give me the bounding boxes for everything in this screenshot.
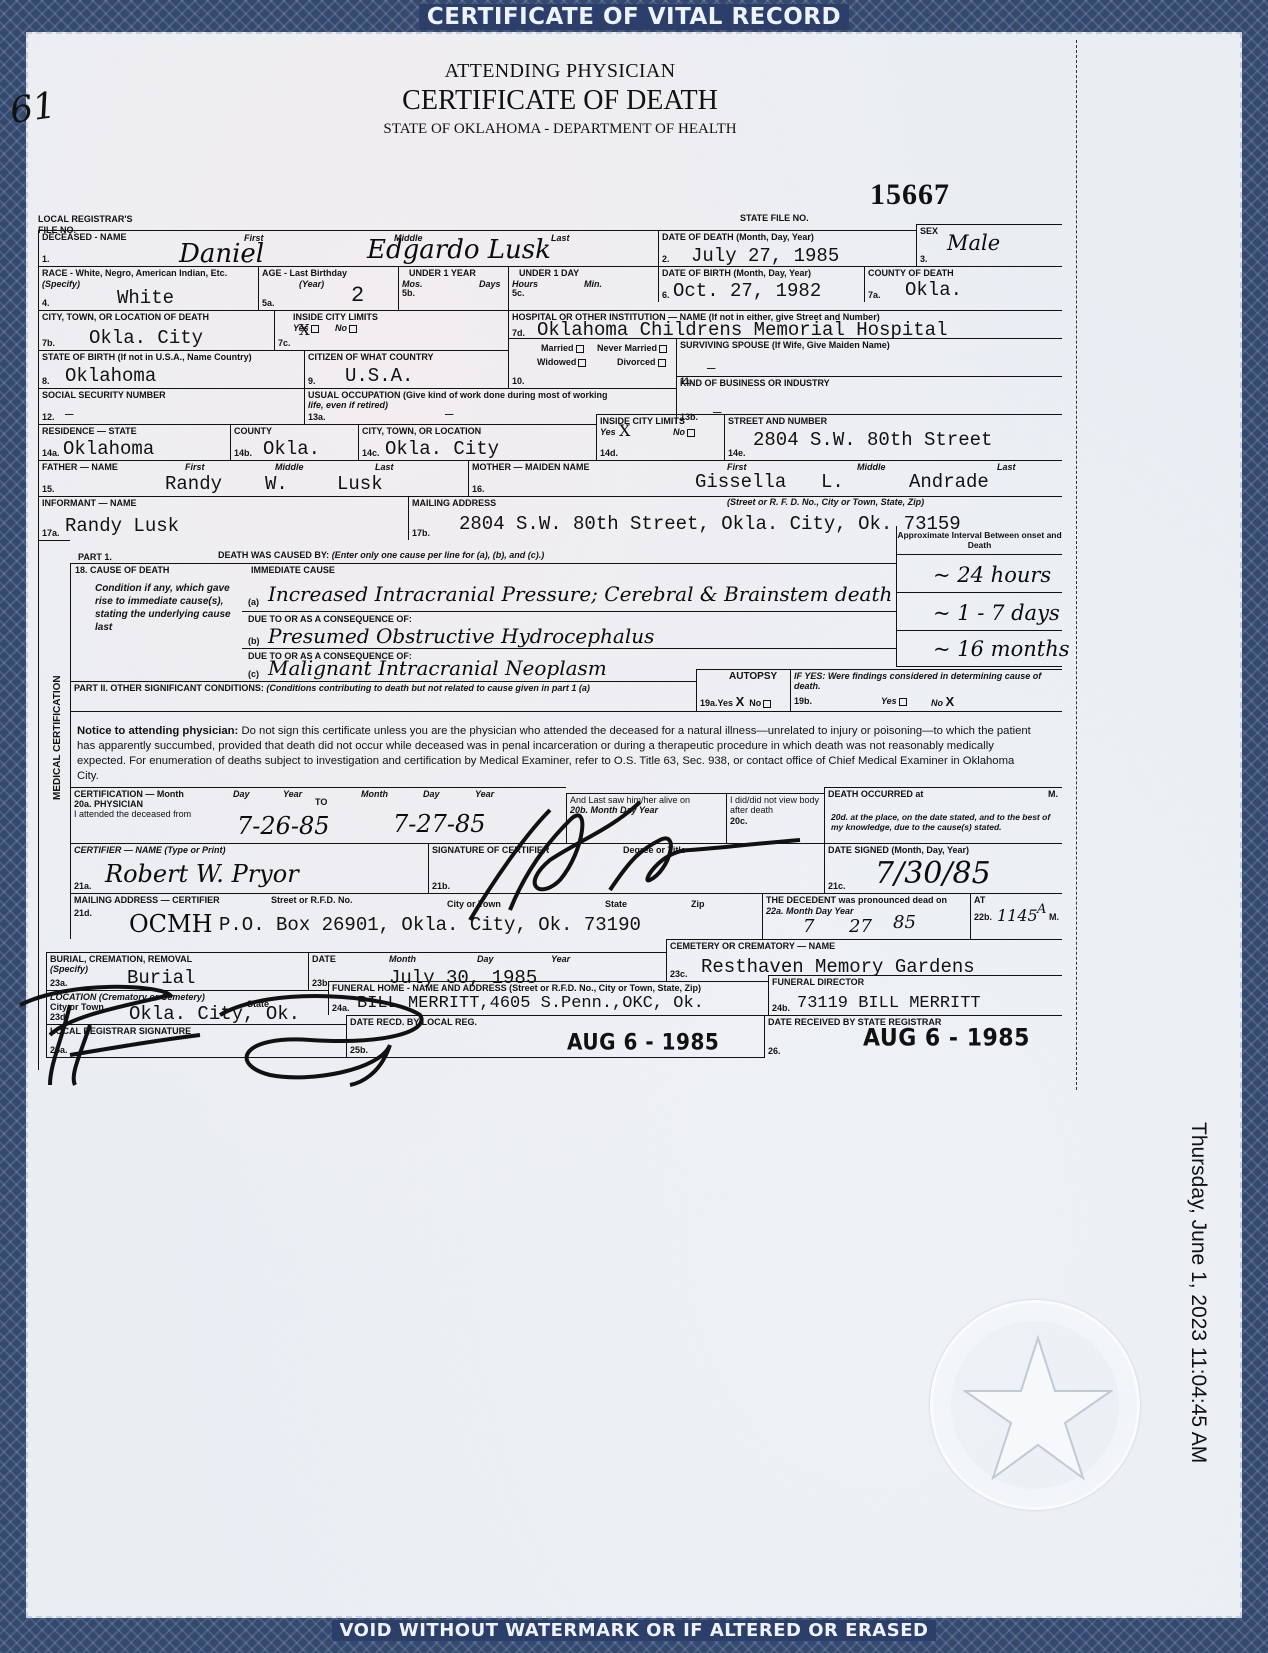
yes-label: Yes	[718, 698, 734, 708]
residence-city-value: Okla. City	[385, 438, 499, 460]
meridiem-label: M.	[1048, 789, 1058, 799]
attended-label: I attended the deceased from	[74, 809, 191, 819]
yes-checkbox[interactable]	[311, 325, 319, 333]
never-married-checkbox[interactable]	[659, 345, 667, 353]
field-label: UNDER 1 DAY	[519, 268, 579, 278]
caused-by-hint: (Enter only one cause per line for (a), …	[332, 550, 545, 560]
pronounced-day: 27	[849, 916, 872, 937]
informant-mailing-value: 2804 S.W. 80th Street, Okla. City, Ok. 7…	[459, 513, 961, 535]
field-date-of-death[interactable]: DATE OF DEATH (Month, Day, Year) 2. July…	[658, 230, 916, 266]
caused-by-label: DEATH WAS CAUSED BY:	[218, 550, 329, 560]
age-year-hint: (Year)	[299, 279, 324, 289]
registrar-signature	[10, 975, 450, 1090]
field-inside-city-limits[interactable]: INSIDE CITY LIMITS Yes No X 7c.	[274, 310, 508, 350]
field-number: 6.	[662, 290, 670, 300]
year-label: Year	[551, 954, 570, 964]
field-number: 10.	[512, 376, 525, 386]
no-label: No	[673, 427, 685, 437]
cause-b-value: Presumed Obstructive Hydrocephalus	[268, 624, 654, 648]
day-label: Day	[233, 789, 250, 799]
field-number: 16.	[472, 484, 485, 494]
field-number: 26.	[768, 1046, 781, 1056]
date-received-local-stamp: AUG 6 - 1985	[567, 1029, 719, 1055]
notice-text: Notice to attending physician: Do not si…	[77, 724, 1037, 784]
line-marker: (a)	[248, 597, 259, 607]
star-icon	[963, 1333, 1113, 1483]
field-label: MOTHER — MAIDEN NAME	[472, 462, 590, 472]
field-age[interactable]: AGE - Last Birthday (Year) 5a. 2	[258, 266, 398, 310]
field-marital-status[interactable]: Married Never Married Widowed Divorced 1…	[508, 338, 676, 388]
field-residence-street[interactable]: STREET AND NUMBER 14e. 2804 S.W. 80th St…	[724, 414, 1062, 460]
field-number: 14a.	[42, 448, 60, 458]
field-label: CITY, TOWN, OR LOCATION OF DEATH	[42, 312, 209, 322]
field-number: 13a.	[308, 412, 326, 422]
date-of-death-value: July 27, 1985	[691, 245, 839, 267]
month-label: Month	[361, 789, 388, 799]
interval-header: Approximate Interval Between onset and D…	[896, 526, 1062, 554]
usual-occupation-value: —	[445, 407, 453, 423]
field-number: 21a.	[74, 881, 92, 891]
yes-label: Yes	[881, 696, 897, 706]
field-number: 15.	[42, 484, 55, 494]
field-social-security[interactable]: SOCIAL SECURITY NUMBER 12. —	[38, 388, 304, 424]
field-date-signed[interactable]: DATE SIGNED (Month, Day, Year) 21c. 7/30…	[824, 843, 1062, 893]
spouse-value: —	[707, 361, 715, 377]
autopsy-options: 19a.Yes X No	[700, 694, 771, 709]
field-number: 23c.	[670, 969, 688, 979]
field-number: 5c.	[512, 288, 525, 298]
field-sex[interactable]: SEX 3. Male	[916, 224, 1062, 266]
mailing-prefix: OCMH	[129, 910, 213, 938]
field-label: KIND OF BUSINESS OR INDUSTRY	[680, 378, 830, 388]
no-label: No	[931, 698, 943, 708]
field-date-received-state[interactable]: DATE RECEIVED BY STATE REGISTRAR 26. AUG…	[764, 1015, 1062, 1058]
caused-by-header: DEATH WAS CAUSED BY: (Enter only one cau…	[218, 550, 544, 560]
certifier-signature	[440, 790, 820, 930]
field-interval-a[interactable]: ~ 24 hours	[896, 554, 1062, 592]
married-option: Married	[541, 343, 584, 353]
residence-county-value: Okla.	[263, 438, 320, 460]
citizen-value: U.S.A.	[345, 365, 413, 387]
pronounced-time-value: 1145	[997, 906, 1038, 925]
field-label: CITIZEN OF WHAT COUNTRY	[308, 352, 434, 362]
usual-occupation-label: USUAL OCCUPATION (Give kind of work done…	[308, 390, 608, 400]
medical-certification-label: MEDICAL CERTIFICATION	[52, 675, 63, 800]
field-number: 1.	[42, 254, 50, 264]
field-label: CITY, TOWN, OR LOCATION	[362, 426, 481, 436]
date-signed-value: 7/30/85	[875, 856, 991, 891]
field-number: 12.	[42, 412, 55, 422]
city-of-death-value: Okla. City	[89, 327, 203, 349]
field-mother-maiden-name[interactable]: MOTHER — MAIDEN NAME First Middle Last 1…	[468, 460, 1062, 496]
race-value: White	[117, 287, 174, 309]
cause-c-value: Malignant Intracranial Neoplasm	[268, 656, 607, 680]
pronounced-ampm: A	[1037, 902, 1046, 917]
specify-hint: (Specify)	[50, 964, 88, 974]
field-autopsy[interactable]: AUTOPSY 19a.Yes X No	[696, 669, 790, 711]
first-label: First	[185, 462, 205, 472]
no-option: No	[335, 323, 357, 333]
street-hint: Street or R.F.D. No.	[271, 895, 353, 905]
interval-b-value: ~ 1 - 7 days	[933, 601, 1060, 625]
field-death-occurred-at[interactable]: DEATH OCCURRED at M. 20d. at the place, …	[824, 787, 1062, 843]
field-residence-inside-limits[interactable]: INSIDE CITY LIMITS Yes X No 14d.	[596, 414, 724, 460]
findings-no-mark: X	[946, 694, 955, 709]
to-label: TO	[315, 797, 327, 807]
autopsy-label: AUTOPSY	[729, 671, 777, 682]
physician-label: 20a. PHYSICIAN	[74, 799, 143, 809]
field-other-conditions[interactable]: PART II. OTHER SIGNIFICANT CONDITIONS: (…	[70, 681, 696, 711]
yes-option: Yes	[600, 427, 616, 437]
field-father-name[interactable]: FATHER — NAME First Middle Last 15. Rand…	[38, 460, 468, 496]
minutes-label: Min.	[584, 279, 602, 289]
cause-of-death-label: 18. CAUSE OF DEATH	[75, 565, 169, 575]
field-label: CEMETERY OR CREMATORY — NAME	[670, 941, 835, 951]
no-label: No	[335, 323, 347, 333]
field-number: 7a.	[868, 290, 881, 300]
scan-timestamp: Thursday, June 1, 2023 11:04:45 AM	[1186, 1122, 1210, 1463]
father-middle: W.	[265, 473, 288, 495]
field-number: 14b.	[234, 448, 252, 458]
field-funeral-director[interactable]: FUNERAL DIRECTOR 24b. 73119 BILL MERRITT	[768, 975, 1062, 1015]
findings-label: IF YES: Were findings considered in dete…	[794, 671, 1056, 691]
field-label: SEX	[920, 226, 938, 236]
field-label: USUAL OCCUPATION (Give kind of work done…	[308, 390, 608, 400]
never-married-option: Never Married	[597, 343, 667, 353]
field-number: 14e.	[728, 448, 746, 458]
field-cause-a[interactable]: (a) Increased Intracranial Pressure; Cer…	[242, 578, 896, 612]
field-county-of-death[interactable]: COUNTY OF DEATH 7a. Okla.	[864, 266, 1062, 302]
no-label: No	[749, 698, 761, 708]
mother-middle: L.	[821, 471, 844, 493]
certification-label: CERTIFICATION — Month	[74, 789, 184, 799]
field-label: MAILING ADDRESS — CERTIFIER	[74, 895, 220, 905]
occurred-note: 20d. at the place, on the date stated, a…	[831, 812, 1061, 832]
specify-hint: (Specify)	[42, 279, 80, 289]
informant-name-value: Randy Lusk	[65, 515, 179, 537]
field-label: BURIAL, CREMATION, REMOVAL	[50, 954, 192, 964]
field-number: 7c.	[278, 338, 291, 348]
father-first: Randy	[165, 473, 222, 495]
divorced-label: Divorced	[617, 357, 656, 367]
no-option: No	[673, 427, 695, 437]
state-of-birth-value: Oklahoma	[65, 365, 156, 387]
field-label: DEATH OCCURRED at	[828, 789, 923, 799]
field-label: DATE OF BIRTH (Month, Day, Year)	[662, 268, 811, 278]
field-citizen-country[interactable]: CITIZEN OF WHAT COUNTRY 9. U.S.A.	[304, 350, 508, 388]
no-checkbox[interactable]	[349, 325, 357, 333]
field-under-1-day[interactable]: UNDER 1 DAY Hours Min. 5c.	[508, 266, 658, 310]
field-hospital[interactable]: HOSPITAL OR OTHER INSTITUTION — NAME (If…	[508, 310, 1062, 338]
last-label: Last	[997, 462, 1016, 472]
field-number: 21d.	[74, 908, 92, 918]
check-mark: X	[619, 421, 630, 440]
findings-yes-checkbox[interactable]	[899, 698, 907, 706]
usual-occupation-hint: life, even if retired)	[308, 400, 388, 410]
days-label: Days	[479, 279, 501, 289]
state-seal-emboss	[930, 1300, 1140, 1510]
field-number: 7d.	[512, 328, 525, 338]
field-label: AGE - Last Birthday	[262, 268, 347, 278]
part-2-header: PART II. OTHER SIGNIFICANT CONDITIONS: (…	[74, 683, 590, 693]
consequence-label-b: DUE TO OR AS A CONSEQUENCE OF:	[248, 614, 412, 624]
middle-label: Middle	[275, 462, 304, 472]
divorced-option: Divorced	[617, 357, 666, 367]
check-mark: X	[299, 321, 310, 339]
never-married-label: Never Married	[597, 343, 657, 353]
findings-no-option: No X	[931, 694, 954, 709]
attended-from-value: 7-26-85	[237, 812, 330, 840]
field-label: RACE - White, Negro, American Indian, Et…	[42, 268, 227, 278]
day-label: Day	[477, 954, 494, 964]
field-label: CERTIFICATION — Month	[74, 789, 184, 799]
month-label: Month	[389, 954, 416, 964]
field-number: 5a.	[262, 298, 275, 308]
field-label: CERTIFIER — NAME (Type or Print)	[74, 845, 226, 855]
field-label: RESIDENCE — STATE	[42, 426, 137, 436]
field-number: 19b.	[794, 696, 812, 706]
field-residence-county[interactable]: COUNTY 14b. Okla.	[230, 424, 358, 460]
mother-last: Andrade	[909, 471, 989, 493]
year-label: Year	[283, 789, 302, 799]
field-number: 24b.	[772, 1003, 790, 1013]
field-autopsy-findings[interactable]: IF YES: Were findings considered in dete…	[790, 669, 1062, 711]
condition-note: Condition if any, which gave rise to imm…	[95, 582, 245, 634]
field-label: AT	[974, 895, 985, 905]
field-certifier-name[interactable]: CERTIFIER — NAME (Type or Print) 21a. Ro…	[70, 843, 428, 893]
immediate-cause-label: IMMEDIATE CAUSE	[251, 565, 335, 575]
last-label: Last	[551, 233, 570, 243]
field-label: COUNTY	[234, 426, 272, 436]
funeral-director-value: 73119 BILL MERRITT	[797, 994, 981, 1013]
field-number: 2.	[662, 254, 670, 264]
field-number: 21c.	[828, 881, 846, 891]
field-number: 8.	[42, 376, 50, 386]
field-race[interactable]: RACE - White, Negro, American Indian, Et…	[38, 266, 258, 310]
residence-state-value: Oklahoma	[63, 438, 154, 460]
field-deceased-name[interactable]: DECEASED - NAME First Middle Last 1. Dan…	[38, 230, 658, 266]
widowed-label: Widowed	[537, 357, 576, 367]
field-number: 19a.	[700, 698, 718, 708]
county-of-death-value: Okla.	[905, 279, 962, 301]
field-label: DATE	[312, 954, 336, 964]
field-number: 17b.	[412, 528, 430, 538]
notice-lead: Notice to attending physician:	[77, 725, 238, 737]
field-under-1-year[interactable]: UNDER 1 YEAR Mos. Days 5b.	[398, 266, 508, 310]
field-label: DATE OF DEATH (Month, Day, Year)	[662, 232, 814, 242]
field-number: 22b.	[974, 912, 992, 922]
interval-a-value: ~ 24 hours	[933, 563, 1051, 587]
cause-a-value: Increased Intracranial Pressure; Cerebra…	[268, 582, 892, 606]
meridiem-label: M.	[1049, 912, 1059, 922]
field-label: STREET AND NUMBER	[728, 416, 827, 426]
field-city-of-death[interactable]: CITY, TOWN, OR LOCATION OF DEATH 7b. Okl…	[38, 310, 274, 350]
autopsy-yes-mark: X	[736, 694, 745, 709]
ssn-value: —	[65, 407, 73, 423]
field-label: FATHER — NAME	[42, 462, 118, 472]
field-label: INFORMANT — NAME	[42, 498, 137, 508]
field-interval-c[interactable]: ~ 16 months	[896, 630, 1062, 667]
interval-c-value: ~ 16 months	[933, 637, 1070, 661]
field-number: 14d.	[600, 448, 618, 458]
middle-label: Middle	[857, 462, 886, 472]
field-number: 9.	[308, 376, 316, 386]
field-pronounced-time[interactable]: AT 22b. 1145 A M.	[970, 893, 1062, 939]
field-number: 3.	[920, 254, 928, 264]
field-number: 4.	[42, 298, 50, 308]
field-number: 5b.	[402, 288, 415, 298]
field-residence-state[interactable]: RESIDENCE — STATE 14a. Oklahoma	[38, 424, 230, 460]
findings-yes-option: Yes	[881, 696, 907, 706]
field-date-of-birth[interactable]: DATE OF BIRTH (Month, Day, Year) 6. Oct.…	[658, 266, 864, 302]
last-label: Last	[375, 462, 394, 472]
part-2-hint: (Conditions contributing to death but no…	[266, 683, 590, 693]
line-marker: (b)	[248, 636, 260, 646]
divorced-checkbox[interactable]	[658, 359, 666, 367]
field-label: SURVIVING SPOUSE (If Wife, Give Maiden N…	[680, 340, 890, 350]
field-label: COUNTY OF DEATH	[868, 268, 954, 278]
field-number: 7b.	[42, 338, 55, 348]
physician-notice: Notice to attending physician: Do not si…	[70, 711, 1062, 787]
sex-value: Male	[947, 231, 1000, 255]
part-2-label: PART II. OTHER SIGNIFICANT CONDITIONS:	[74, 683, 264, 693]
field-informant-name[interactable]: INFORMANT — NAME 17a. Randy Lusk	[38, 496, 408, 540]
field-interval-b[interactable]: ~ 1 - 7 days	[896, 592, 1062, 630]
father-last: Lusk	[337, 473, 383, 495]
field-label: DECEASED - NAME	[42, 232, 127, 242]
yes-label: Yes	[600, 427, 616, 437]
mailing-hint: (Street or R. F. D. No., City or Town, S…	[727, 497, 924, 507]
age-value: 2	[351, 283, 364, 308]
field-label: MAILING ADDRESS	[412, 498, 496, 508]
field-label: INSIDE CITY LIMITS	[600, 416, 685, 426]
field-label: UNDER 1 YEAR	[409, 268, 476, 278]
married-label: Married	[541, 343, 574, 353]
part-1-label: PART 1.	[78, 552, 112, 562]
field-label: DATE SIGNED (Month, Day, Year)	[828, 845, 969, 855]
married-checkbox[interactable]	[576, 345, 584, 353]
deceased-middle-last-name: Edgardo Lusk	[367, 235, 551, 265]
field-residence-city[interactable]: CITY, TOWN, OR LOCATION 14c. Okla. City	[358, 424, 596, 460]
day-label: Day	[423, 789, 440, 799]
mother-first: Gissella	[695, 471, 786, 493]
pronounced-year: 85	[893, 912, 916, 933]
no-checkbox[interactable]	[687, 429, 695, 437]
date-received-state-stamp: AUG 6 - 1985	[863, 1025, 1030, 1053]
widowed-option: Widowed	[537, 357, 586, 367]
field-label: FUNERAL DIRECTOR	[772, 977, 864, 987]
field-label: SOCIAL SECURITY NUMBER	[42, 390, 166, 400]
date-of-birth-value: Oct. 27, 1982	[673, 280, 821, 302]
field-number: 17a.	[42, 528, 60, 538]
widowed-checkbox[interactable]	[578, 359, 586, 367]
deceased-first-name: Daniel	[179, 239, 264, 269]
residence-street-value: 2804 S.W. 80th Street	[753, 429, 992, 451]
field-state-of-birth[interactable]: STATE OF BIRTH (If not in U.S.A., Name C…	[38, 350, 304, 388]
field-label: STATE OF BIRTH (If not in U.S.A., Name C…	[42, 352, 252, 362]
certifier-name-value: Robert W. Pryor	[105, 860, 299, 888]
field-number: 14c.	[362, 448, 380, 458]
line-marker: (c)	[248, 669, 259, 679]
autopsy-no-checkbox[interactable]	[763, 700, 771, 708]
field-cause-b[interactable]: (b) Presumed Obstructive Hydrocephalus	[242, 624, 896, 649]
